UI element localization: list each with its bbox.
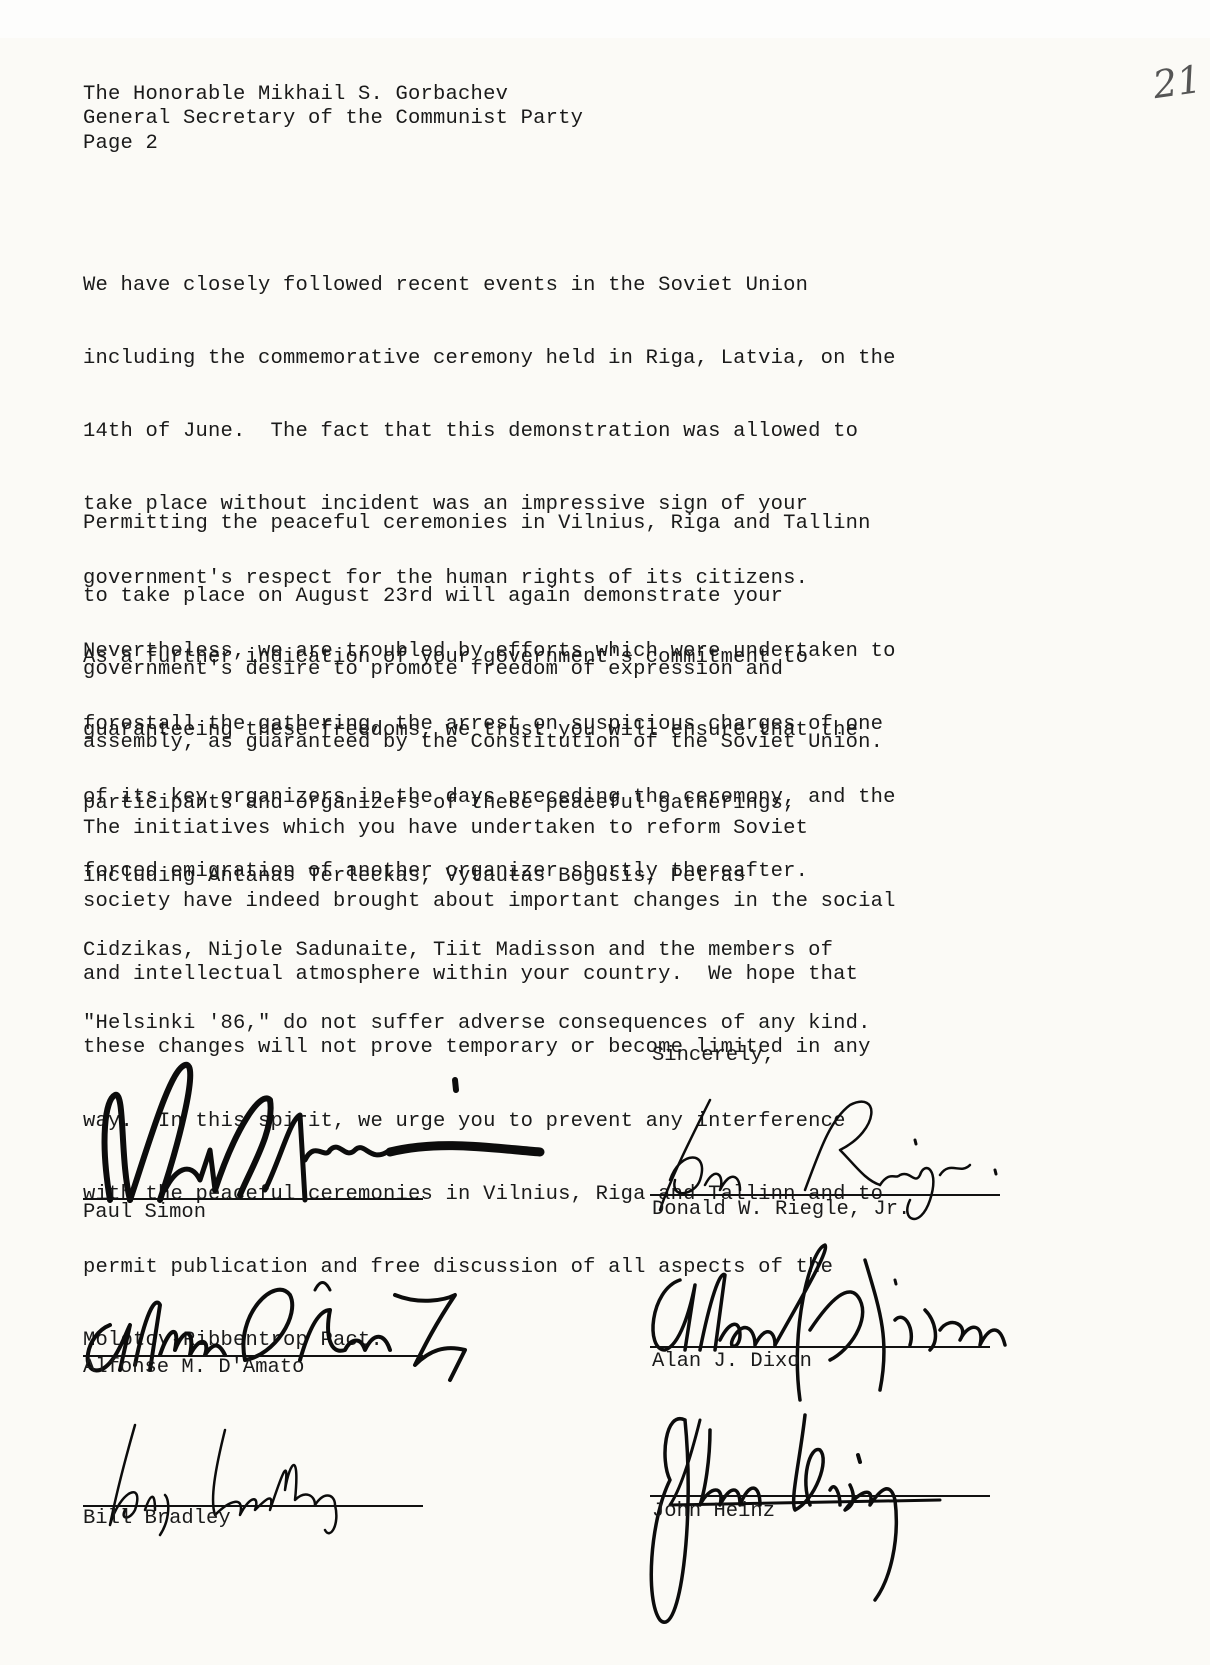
- closing-salutation: Sincerely,: [652, 1044, 775, 1067]
- text-line: The initiatives which you have undertake…: [83, 817, 896, 841]
- text-line: guaranteeing these freedoms, we trust yo…: [83, 719, 871, 743]
- signature-line: [650, 1495, 990, 1497]
- recipient-address-block: The Honorable Mikhail S. GorbachevGenera…: [83, 83, 583, 156]
- signatory-name: Bill Bradley: [83, 1507, 231, 1530]
- handwritten-page-number: 21: [1150, 57, 1204, 107]
- signature-line: [83, 1198, 423, 1200]
- signature-line: [650, 1194, 1000, 1196]
- text-line: society have indeed brought about import…: [83, 890, 896, 914]
- page-top-edge: [0, 0, 1210, 38]
- signatory-name: Paul Simon: [83, 1201, 206, 1224]
- signature-alan-dixon: [640, 1240, 1050, 1410]
- text-line: Permitting the peaceful ceremonies in Vi…: [83, 512, 883, 536]
- text-line: and intellectual atmosphere within your …: [83, 963, 896, 987]
- signatory-name: Donald W. Riegle, Jr.: [652, 1198, 910, 1221]
- signatory-name: John Heinz: [652, 1500, 775, 1523]
- text-line: including the commemorative ceremony hel…: [83, 347, 896, 371]
- signatory-name: Alfonse M. D'Amato: [83, 1356, 304, 1379]
- signatory-name: Alan J. Dixon: [652, 1350, 812, 1373]
- recipient-title: General Secretary of the Communist Party: [83, 107, 583, 131]
- page-label: Page 2: [83, 132, 583, 156]
- text-line: 14th of June. The fact that this demonst…: [83, 420, 896, 444]
- text-line: As a further indication of your governme…: [83, 646, 871, 670]
- recipient-name: The Honorable Mikhail S. Gorbachev: [83, 83, 583, 107]
- signature-line: [650, 1346, 990, 1348]
- text-line: We have closely followed recent events i…: [83, 274, 896, 298]
- signature-paul-simon: [90, 1040, 550, 1210]
